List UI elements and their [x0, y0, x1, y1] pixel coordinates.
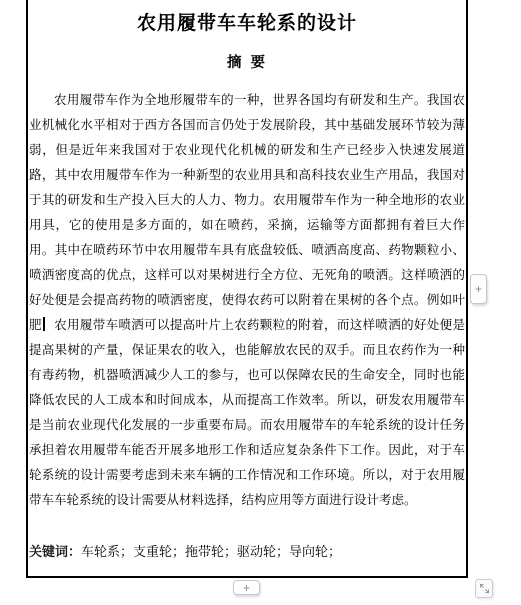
add-column-button[interactable]: +: [470, 274, 487, 304]
keywords-line[interactable]: 关键词：车轮系；支重轮；拖带轮；驱动轮；导向轮；: [29, 542, 465, 564]
abstract-paragraph[interactable]: 农用履带车作为全地形履带车的一种，世界各国均有研发和生产。我国农业机械化水平相对…: [29, 87, 465, 512]
paragraph-text-before-caret: 农用履带车作为全地形履带车的一种，世界各国均有研发和生产。我国农业机械化水平相对…: [29, 92, 465, 332]
add-row-button[interactable]: +: [233, 580, 260, 595]
paragraph-text-after-caret: 农用履带车喷洒可以提高叶片上农药颗粒的附着，而这样喷洒的好处便是提高果树的产量，…: [29, 317, 465, 507]
cell-content: 农用履带车车轮系的设计 摘 要 农用履带车作为全地形履带车的一种，世界各国均有研…: [28, 10, 466, 564]
keywords-list: 车轮系；支重轮；拖带轮；驱动轮；导向轮；: [81, 545, 341, 560]
resize-diagonal-icon: [479, 583, 490, 594]
abstract-table-cell[interactable]: 农用履带车车轮系的设计 摘 要 农用履带车作为全地形履带车的一种，世界各国均有研…: [26, 0, 468, 578]
table-resize-handle[interactable]: [475, 579, 493, 598]
page-canvas: { "document": { "title": "农用履带车车轮系的设计", …: [0, 0, 521, 605]
plus-icon: +: [475, 283, 482, 295]
text-caret: [43, 317, 45, 331]
abstract-heading[interactable]: 摘 要: [29, 53, 465, 73]
document-title[interactable]: 农用履带车车轮系的设计: [29, 10, 465, 36]
keywords-label: 关键词：: [29, 545, 81, 560]
plus-icon: +: [243, 582, 250, 594]
